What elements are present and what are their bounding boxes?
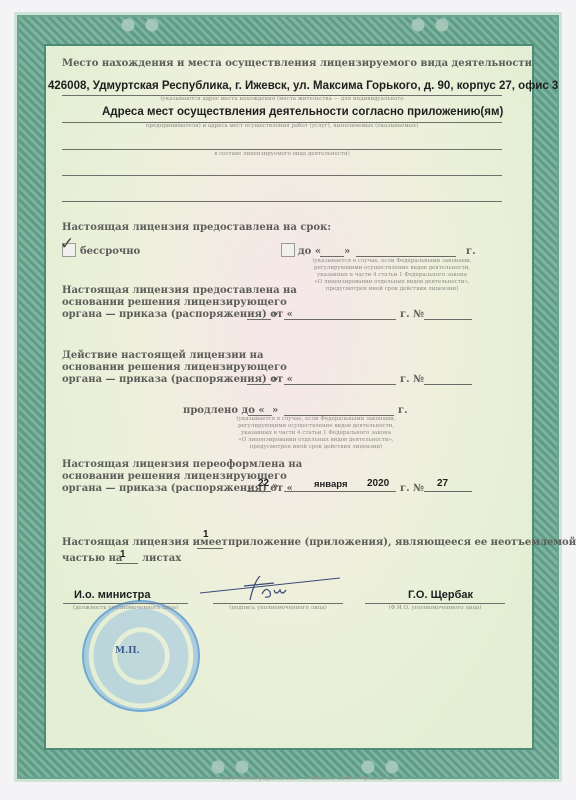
ornament-top-left <box>110 8 170 42</box>
unlimited-label: бессрочно <box>80 246 140 257</box>
activity-line-3 <box>62 175 502 176</box>
until-checkbox[interactable] <box>281 243 295 257</box>
appendix-text-after: приложение (приложения), являющееся ее н… <box>228 537 576 548</box>
reissued-year-no: г. № <box>400 483 424 494</box>
address-caption: (указываются адрес места нахождения (мес… <box>62 96 502 103</box>
ornament-top-right <box>400 8 460 42</box>
activity-line-2 <box>62 149 502 150</box>
validity-date-line <box>284 384 396 385</box>
granted-quote-close: » <box>272 309 278 320</box>
extended-suffix: г. <box>398 405 408 416</box>
location-heading: Место нахождения и места осуществления л… <box>62 58 532 69</box>
term-heading: Настоящая лицензия предоставлена на срок… <box>62 222 331 233</box>
name-caption: (Ф.И.О. уполномоченного лица) <box>365 605 505 612</box>
printer-imprint: ООО «Полиграфкомплекс», г. Ижевск, 2018 … <box>222 776 362 783</box>
validity-lines-line-0: Действие настоящей лицензии на <box>62 350 263 361</box>
until-quote-close: » <box>344 246 350 257</box>
appendix-count-line <box>197 548 223 549</box>
validity-number-line <box>424 384 472 385</box>
reissued-lines-line-1: основании решения лицензирующего <box>62 471 287 482</box>
validity-quote-close: » <box>272 374 278 385</box>
position-line <box>63 603 188 604</box>
reissued-number-line <box>424 491 472 492</box>
address-value: 426008, Удмуртская Республика, г. Ижевск… <box>48 80 558 92</box>
appendix-sheets-line <box>116 563 138 564</box>
granted-number-line <box>424 319 472 320</box>
until-label: до « <box>298 246 321 257</box>
until-day-line <box>320 256 344 257</box>
granted-day-line <box>247 319 271 320</box>
granted-date-line <box>284 319 396 320</box>
activity-caption: предпринимателя) и адреса мест осуществл… <box>62 123 502 130</box>
reissued-quote-close: » <box>272 481 278 492</box>
activity-caption-2: в составе лицензируемого вида деятельнос… <box>62 151 502 158</box>
granted-year-no: г. № <box>400 309 424 320</box>
official-stamp <box>82 600 200 712</box>
reissued-day-line <box>247 491 271 492</box>
until-date-line <box>356 256 456 257</box>
signature-caption: (подпись уполномоченного лица) <box>213 605 343 612</box>
granted-lines-line-0: Настоящая лицензия предоставлена на <box>62 285 297 296</box>
until-year-suffix: г. <box>466 246 476 257</box>
reissued-lines-line-0: Настоящая лицензия переоформлена на <box>62 459 302 470</box>
extended-caption: (указывается в случае, если Федеральными… <box>236 416 396 451</box>
stamp-label: М.П. <box>115 646 140 656</box>
signatory-position: И.о. министра <box>74 589 150 601</box>
extended-quote-close: » <box>272 405 278 416</box>
validity-year-no: г. № <box>400 374 424 385</box>
signatory-name: Г.О. Щербак <box>408 589 473 601</box>
reissued-number: 27 <box>437 478 448 489</box>
signature <box>190 570 350 605</box>
activity-line-4 <box>62 201 502 202</box>
signature-line <box>213 603 343 604</box>
name-line <box>365 603 505 604</box>
validity-lines-line-1: основании решения лицензирующего <box>62 362 287 373</box>
appendix-sheets-after: листах <box>142 553 181 564</box>
reissued-month: января <box>314 479 348 490</box>
validity-day-line <box>247 384 271 385</box>
appendix-sheets-before: частью на <box>62 553 122 564</box>
reissued-year: 2020 <box>367 478 389 489</box>
appendix-sheets: 1 <box>120 549 126 560</box>
checkmark-icon: ✓ <box>60 236 74 253</box>
activity-places-value: Адреса мест осуществления деятельности с… <box>102 106 503 118</box>
until-caption: (указывается в случае, если Федеральными… <box>312 258 472 293</box>
reissued-date-line <box>284 491 396 492</box>
position-caption: (должность уполномоченного лица) <box>63 605 188 612</box>
granted-lines-line-1: основании решения лицензирующего <box>62 297 287 308</box>
appendix-count: 1 <box>203 529 209 540</box>
reissued-day: 22 <box>258 478 269 489</box>
